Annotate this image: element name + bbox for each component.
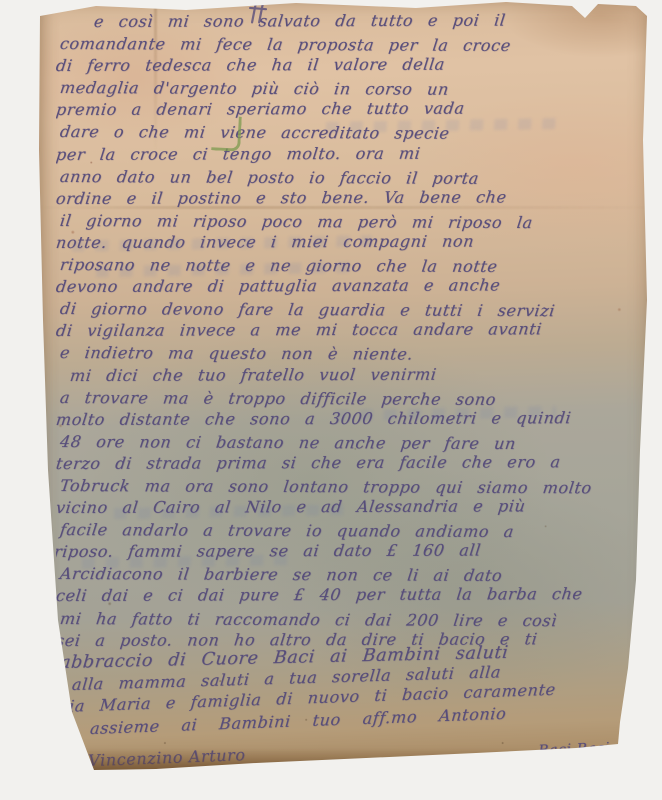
letter-line: vicino al Cairo al Nilo e ad Alessandria… <box>56 495 626 519</box>
letter-line: premio a denari speriamo che tutto vada <box>56 97 626 121</box>
letter-paper: e così mi sono salvato da tutto e poi il… <box>36 0 650 774</box>
green-pencil-bracket <box>211 115 242 151</box>
letter-line: molto distante che sono a 3000 chilometr… <box>56 407 626 431</box>
letter-line: e così mi sono salvato da tutto e poi il <box>93 11 626 33</box>
letter-line: notte. quando invece i miei compagni non <box>56 230 626 254</box>
letter-line: di ferro tedesca che ha il valore della <box>56 53 626 77</box>
paper-torn-edge <box>36 748 650 774</box>
letter-line: terzo di strada prima si che era facile … <box>56 451 626 475</box>
letter-line: mi dici che tuo fratello vuol venirmi <box>69 363 626 387</box>
closing-kisses: Baci Baci <box>538 740 610 759</box>
letter-line: di vigilanza invece a me mi tocca andare… <box>56 318 626 342</box>
letter-line: riposo. fammi sapere se ai dato £ 160 al… <box>56 539 626 563</box>
scanner-background: e così mi sono salvato da tutto e poi il… <box>0 0 662 800</box>
letter-line: per la croce ci tengo molto. ora mi <box>56 142 626 166</box>
letter-line: ordine e il postino e sto bene. Va bene … <box>56 186 626 210</box>
letter-body: e così mi sono salvato da tutto e poi il… <box>56 11 626 768</box>
insertion-mark-icon <box>246 1 268 31</box>
letter-line: celi dai e ci dai pure £ 40 per tutta la… <box>56 583 626 607</box>
letter-line: devono andare di pattuglia avanzata e an… <box>56 274 626 298</box>
